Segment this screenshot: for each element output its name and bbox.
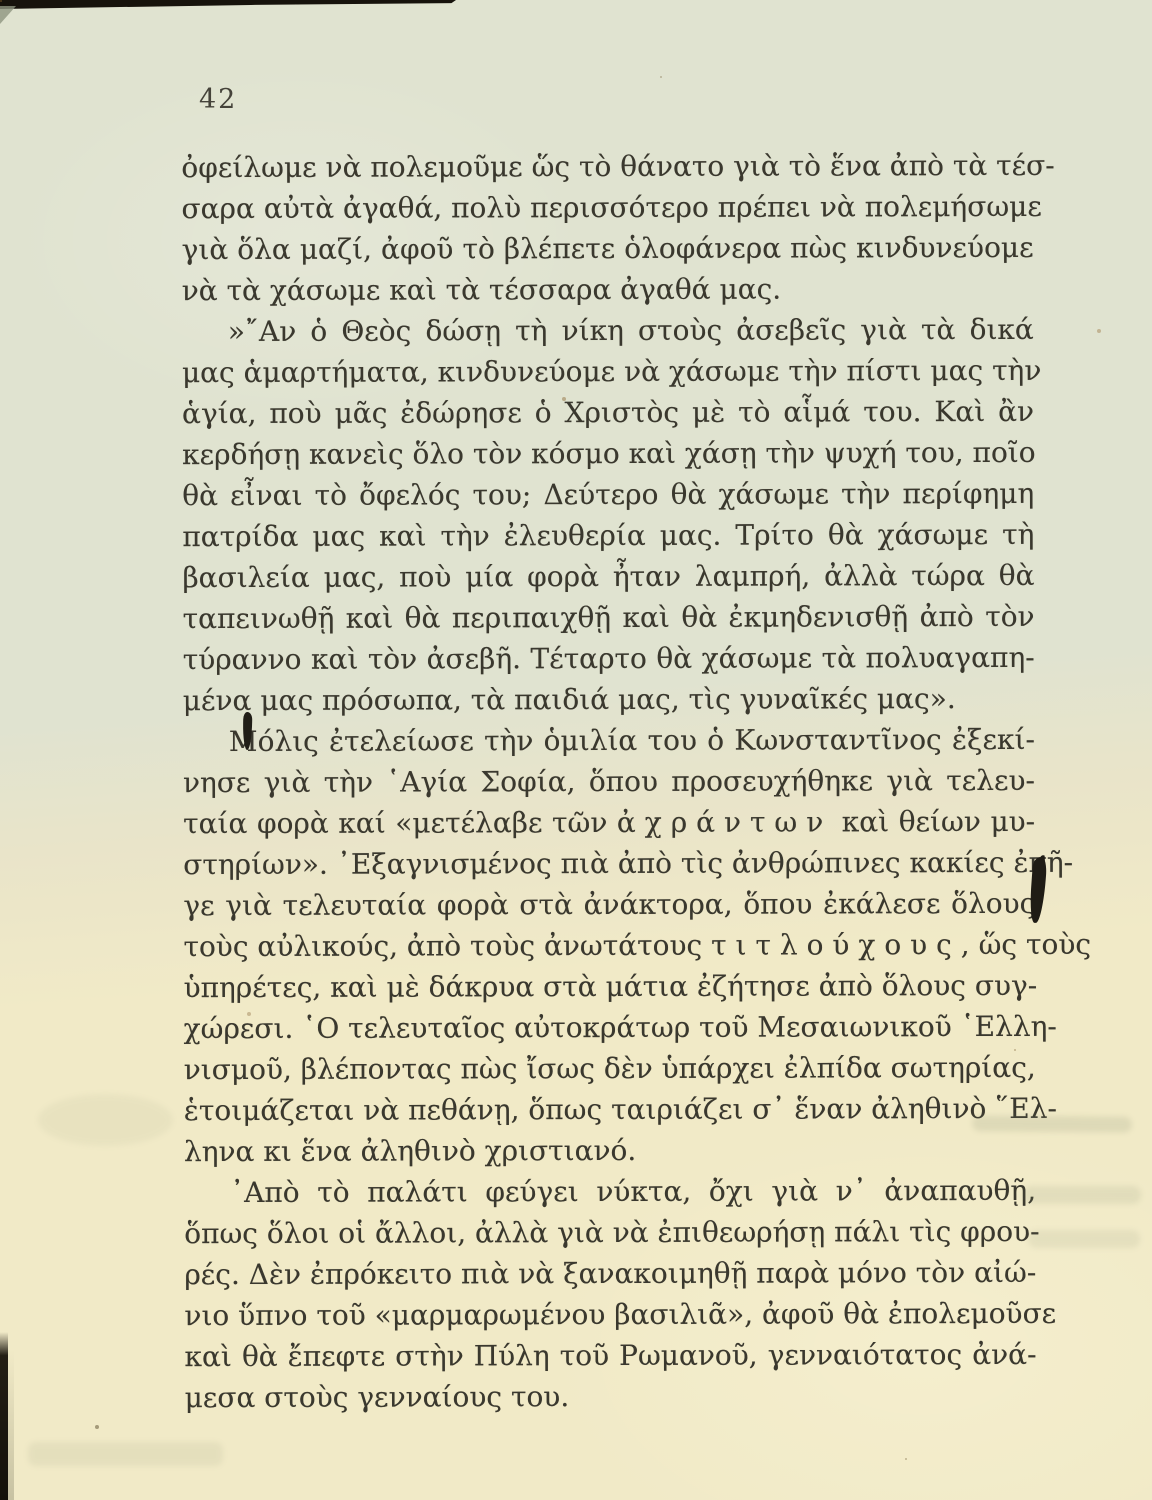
text-run: νιο ὕπνο τοῦ «μαρμαρωμένου βασιλιᾶ», ἀφο… bbox=[184, 1297, 1056, 1332]
scan-edge-top bbox=[0, 0, 456, 9]
text-line: βασιλεία μας, ποὺ μία φορὰ ἦταν λαμπρή, … bbox=[182, 555, 1034, 598]
text-line: νὰ τὰ χάσωμε καὶ τὰ τέσσαρα ἀγαθά μας. bbox=[182, 268, 1034, 311]
text-block: ὀφείλωμε νὰ πολεμοῦμε ὥς τὸ θάνατο γιὰ τ… bbox=[181, 145, 1036, 1418]
text-run: ρές. Δὲν ἐπρόκειτο πιὰ νὰ ξανακοιμηθῇ πα… bbox=[184, 1256, 1036, 1291]
foxing-specks bbox=[0, 0, 2, 2]
letterspaced-word: τιτλούχους bbox=[711, 928, 961, 962]
text-line: στηρίων». ᾿Εξαγνισμένος πιὰ ἀπὸ τὶς ἀνθρ… bbox=[183, 842, 1035, 885]
text-run: ἑτοιμάζεται νὰ πεθάνῃ, ὅπως ταιριάζει σ᾿… bbox=[184, 1092, 1057, 1127]
text-run: νισμοῦ, βλέποντας πὼς ἴσως δὲν ὑπάρχει ἐ… bbox=[184, 1051, 1036, 1086]
text-line: ληνα κι ἕνα ἀληθινὸ χριστιανό. bbox=[184, 1129, 1036, 1172]
text-run: ὀφείλωμε νὰ πολεμοῦμε ὥς τὸ θάνατο γιὰ τ… bbox=[181, 149, 1054, 184]
scan-edge-left-shadow bbox=[8, 1350, 14, 1500]
text-run: κερδήσῃ κανεὶς ὅλο τὸν κόσμο καὶ χάσῃ τὴ… bbox=[182, 436, 1036, 471]
scan-edge-left bbox=[0, 1332, 8, 1500]
text-run: νὰ τὰ χάσωμε καὶ τὰ τέσσαρα ἀγαθά μας. bbox=[182, 273, 782, 308]
text-line: ἁγία, ποὺ μᾶς ἐδώρησε ὁ Χριστὸς μὲ τὸ αἷ… bbox=[182, 391, 1034, 434]
text-line: νισμοῦ, βλέποντας πὼς ἴσως δὲν ὑπάρχει ἐ… bbox=[184, 1047, 1036, 1090]
text-run: στηρίων». ᾿Εξαγνισμένος πιὰ ἀπὸ τὶς ἀνθρ… bbox=[183, 846, 1073, 881]
text-line: καὶ θὰ ἔπεφτε στὴν Πύλη τοῦ Ρωμανοῦ, γεν… bbox=[184, 1334, 1036, 1377]
text-line: ἑτοιμάζεται νὰ πεθάνῃ, ὅπως ταιριάζει σ᾿… bbox=[184, 1088, 1036, 1131]
text-line: τοὺς αὐλικούς, ἀπὸ τοὺς ἀνωτάτους τιτλού… bbox=[183, 924, 1035, 967]
text-run: θὰ εἶναι τὸ ὄφελός του; Δεύτερο θὰ χάσωμ… bbox=[182, 477, 1034, 512]
text-run: ᾿Απὸ τὸ παλάτι φεύγει νύκτα, ὄχι γιὰ ν᾿ … bbox=[230, 1174, 1036, 1209]
text-line: χώρεσι. ῾Ο τελευταῖος αὐτοκράτωρ τοῦ Μεσ… bbox=[184, 1006, 1036, 1049]
text-line: ὑπηρέτες, καὶ μὲ δάκρυα στὰ μάτια ἐζήτησ… bbox=[183, 965, 1035, 1008]
text-run: μένα μας πρόσωπα, τὰ παιδιά μας, τὶς γυν… bbox=[183, 682, 956, 717]
page-number: 42 bbox=[199, 84, 237, 115]
text-line: ὅπως ὅλοι οἱ ἄλλοι, ἀλλὰ γιὰ νὰ ἐπιθεωρή… bbox=[184, 1211, 1036, 1254]
text-line: ταία φορὰ καί «μετέλαβε τῶν ἀχράντων καὶ… bbox=[183, 801, 1035, 844]
text-line: πατρίδα μας καὶ τὴν ἐλευθερία μας. Τρίτο… bbox=[182, 514, 1034, 557]
paragraph: »῎Αν ὁ Θεὸς δώσῃ τὴ νίκη στοὺς ἀσεβεῖς γ… bbox=[182, 309, 1035, 721]
text-line: μας ἁμαρτήματα, κινδυνεύομε νὰ χάσωμε τὴ… bbox=[182, 350, 1034, 393]
text-line: νησε γιὰ τὴν ῾Αγία Σοφία, ὅπου προσευχήθ… bbox=[183, 760, 1035, 803]
text-line: ταπεινωθῇ καὶ θὰ περιπαιχθῇ καὶ θὰ ἐκμηδ… bbox=[183, 596, 1035, 639]
paragraph: Μόλις ἐτελείωσε τὴν ὁμιλία του ὁ Κωνσταν… bbox=[183, 719, 1036, 1172]
text-line: θὰ εἶναι τὸ ὄφελός του; Δεύτερο θὰ χάσωμ… bbox=[182, 473, 1034, 516]
text-line: μεσα στοὺς γενναίους του. bbox=[185, 1375, 1037, 1418]
text-run: »῎Αν ὁ Θεὸς δώσῃ τὴ νίκη στοὺς ἀσεβεῖς γ… bbox=[228, 313, 1034, 348]
text-run: Μόλις ἐτελείωσε τὴν ὁμιλία του ὁ Κωνσταν… bbox=[229, 723, 1035, 758]
bleedthrough-smudge bbox=[38, 1094, 173, 1146]
bleedthrough-smudge bbox=[28, 1442, 223, 1466]
bleedthrough-smudge bbox=[1028, 1230, 1140, 1248]
text-run: νησε γιὰ τὴν ῾Αγία Σοφία, ὅπου προσευχήθ… bbox=[183, 764, 1035, 799]
text-line: μένα μας πρόσωπα, τὰ παιδιά μας, τὶς γυν… bbox=[183, 678, 1035, 721]
text-line: γε γιὰ τελευταία φορὰ στὰ ἀνάκτορα, ὅπου… bbox=[183, 883, 1035, 926]
text-run: πατρίδα μας καὶ τὴν ἐλευθερία μας. Τρίτο… bbox=[182, 518, 1034, 553]
text-line: σαρα αὐτὰ ἀγαθά, πολὺ περισσότερο πρέπει… bbox=[181, 186, 1033, 229]
text-line: νιο ὕπνο τοῦ «μαρμαρωμένου βασιλιᾶ», ἀφο… bbox=[184, 1293, 1036, 1336]
letterspaced-word: ἀχράντων bbox=[617, 805, 832, 839]
text-line: ρές. Δὲν ἐπρόκειτο πιὰ νὰ ξανακοιμηθῇ πα… bbox=[184, 1252, 1036, 1295]
text-run: μας ἁμαρτήματα, κινδυνεύομε νὰ χάσωμε τὴ… bbox=[182, 354, 1041, 389]
text-run: ὑπηρέτες, καὶ μὲ δάκρυα στὰ μάτια ἐζήτησ… bbox=[183, 969, 1037, 1004]
text-run: βασιλεία μας, ποὺ μία φορὰ ἦταν λαμπρή, … bbox=[182, 559, 1034, 594]
text-line: »῎Αν ὁ Θεὸς δώσῃ τὴ νίκη στοὺς ἀσεβεῖς γ… bbox=[182, 309, 1034, 352]
paragraph: ᾿Απὸ τὸ παλάτι φεύγει νύκτα, ὄχι γιὰ ν᾿ … bbox=[184, 1170, 1037, 1418]
text-line: γιὰ ὅλα μαζί, ἀφοῦ τὸ βλέπετε ὁλοφάνερα … bbox=[182, 227, 1034, 270]
text-line: ὀφείλωμε νὰ πολεμοῦμε ὥς τὸ θάνατο γιὰ τ… bbox=[181, 145, 1033, 188]
paragraph: ὀφείλωμε νὰ πολεμοῦμε ὥς τὸ θάνατο γιὰ τ… bbox=[181, 145, 1033, 311]
text-run: χώρεσι. ῾Ο τελευταῖος αὐτοκράτωρ τοῦ Μεσ… bbox=[184, 1010, 1057, 1045]
text-line: κερδήσῃ κανεὶς ὅλο τὸν κόσμο καὶ χάσῃ τὴ… bbox=[182, 432, 1034, 475]
text-run: τύραννο καὶ τὸν ἀσεβῆ. Τέταρτο θὰ χάσωμε… bbox=[183, 641, 1035, 676]
bleedthrough-smudge bbox=[1023, 1186, 1141, 1204]
text-run: ληνα κι ἕνα ἀληθινὸ χριστιανό. bbox=[184, 1134, 636, 1168]
text-run: σαρα αὐτὰ ἀγαθά, πολὺ περισσότερο πρέπει… bbox=[181, 190, 1041, 225]
text-run: γιὰ ὅλα μαζί, ἀφοῦ τὸ βλέπετε ὁλοφάνερα … bbox=[182, 231, 1034, 266]
bleedthrough-smudge bbox=[972, 1115, 1132, 1132]
text-line: Μόλις ἐτελείωσε τὴν ὁμιλία του ὁ Κωνσταν… bbox=[183, 719, 1035, 762]
text-run: ὅπως ὅλοι οἱ ἄλλοι, ἀλλὰ γιὰ νὰ ἐπιθεωρή… bbox=[184, 1215, 1039, 1250]
text-run: καὶ θὰ ἔπεφτε στὴν Πύλη τοῦ Ρωμανοῦ, γεν… bbox=[184, 1338, 1036, 1373]
text-line: ᾿Απὸ τὸ παλάτι φεύγει νύκτα, ὄχι γιὰ ν᾿ … bbox=[184, 1170, 1036, 1213]
text-run: , ὥς τοὺς bbox=[961, 928, 1091, 961]
text-run: γε γιὰ τελευταία φορὰ στὰ ἀνάκτορα, ὅπου… bbox=[183, 887, 1035, 922]
text-run: μεσα στοὺς γενναίους του. bbox=[185, 1380, 570, 1414]
text-run: τοὺς αὐλικούς, ἀπὸ τοὺς ἀνωτάτους bbox=[183, 929, 711, 963]
text-run: καὶ θείων μυ- bbox=[832, 805, 1035, 839]
text-run: ταία φορὰ καί «μετέλαβε τῶν bbox=[183, 806, 617, 840]
text-line: τύραννο καὶ τὸν ἀσεβῆ. Τέταρτο θὰ χάσωμε… bbox=[183, 637, 1035, 680]
text-run: ταπεινωθῇ καὶ θὰ περιπαιχθῇ καὶ θὰ ἐκμηδ… bbox=[183, 600, 1035, 635]
text-run: ἁγία, ποὺ μᾶς ἐδώρησε ὁ Χριστὸς μὲ τὸ αἷ… bbox=[182, 395, 1034, 430]
scanned-book-page: 42 ὀφείλωμε νὰ πολεμοῦμε ὥς τὸ θάνατο γι… bbox=[0, 0, 1152, 1500]
